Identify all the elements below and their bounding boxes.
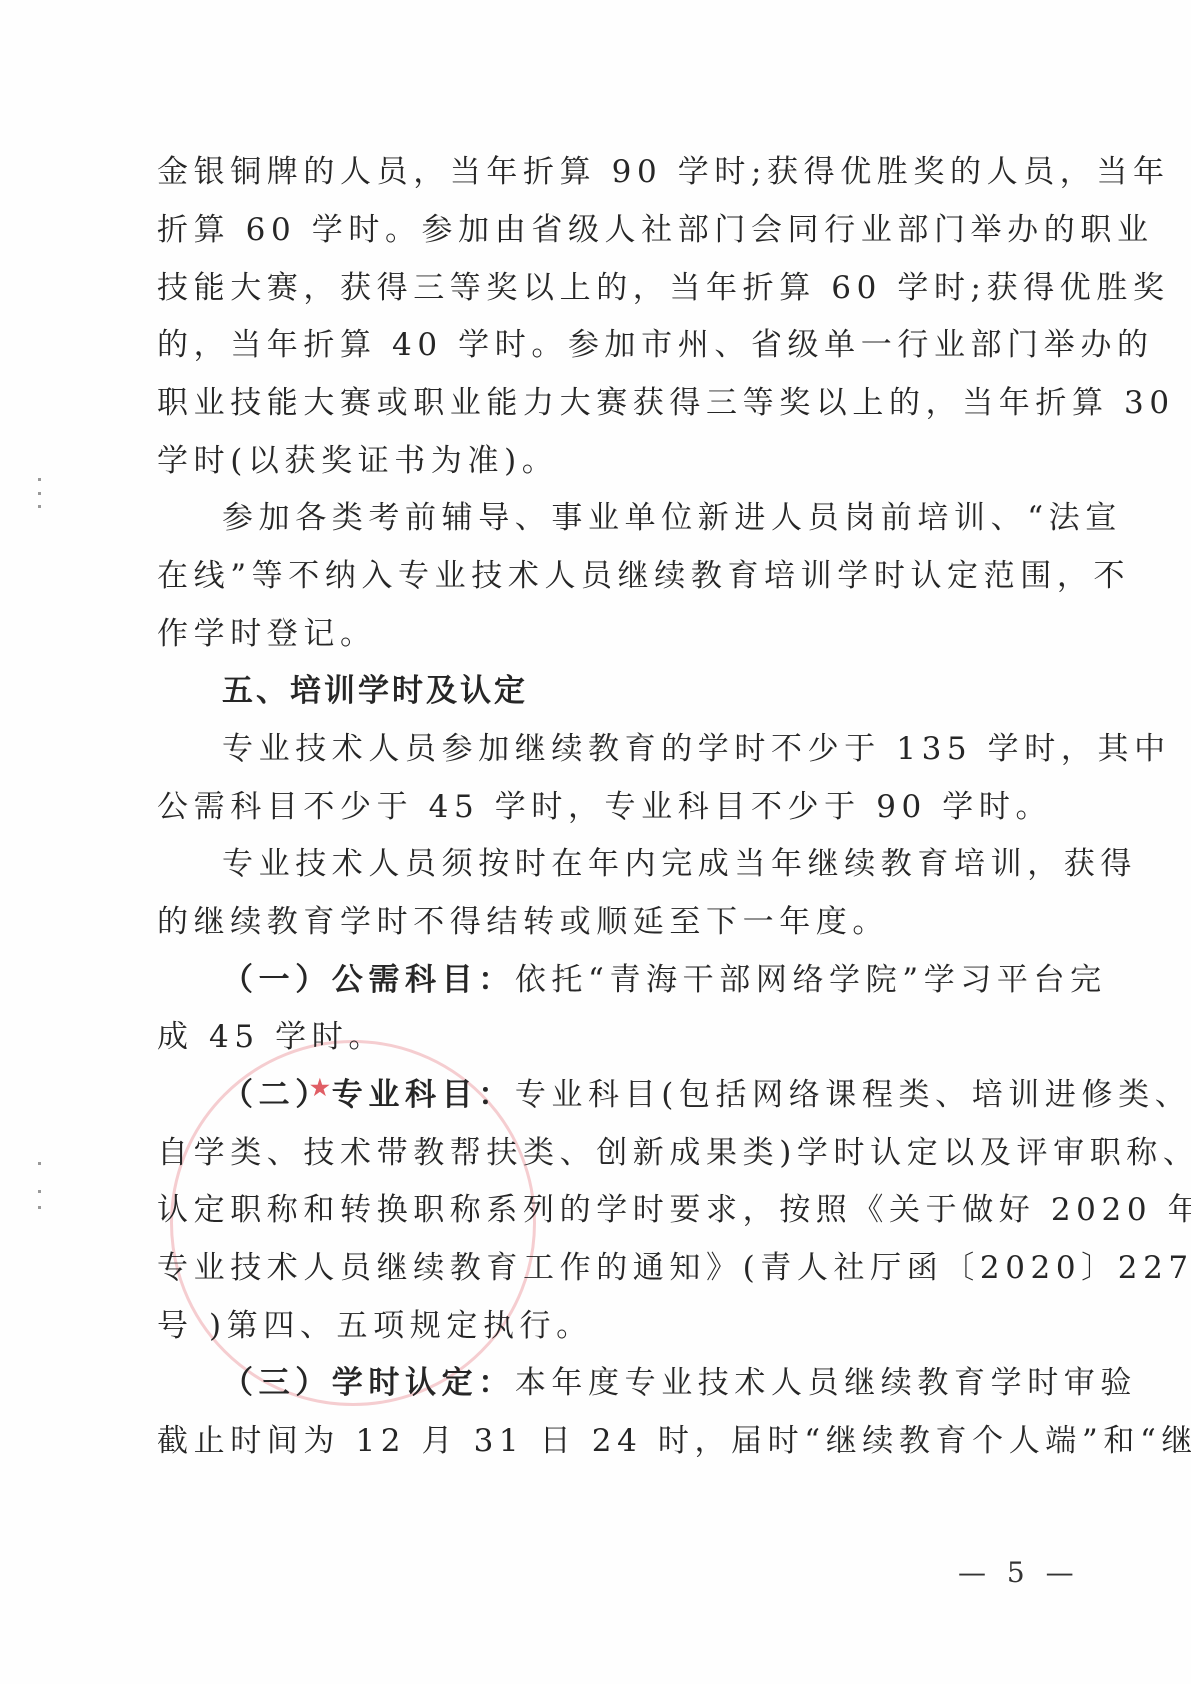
body-line: 的继续教育学时不得结转或顺延至下一年度。 bbox=[157, 902, 1047, 942]
item-2-text: 专业科目(包括网络课程类、培训进修类、 bbox=[515, 1077, 1191, 1113]
section-heading: 五、培训学时及认定 bbox=[222, 671, 1112, 711]
page-number: — 5 — bbox=[958, 1556, 1080, 1589]
item-3-line: （三）学时认定：本年度专业技术人员继续教育学时审验 bbox=[222, 1363, 1112, 1403]
margin-mark bbox=[38, 505, 41, 508]
body-line: 折算 60 学时。参加由省级人社部门会同行业部门举办的职业 bbox=[157, 210, 1047, 250]
body-line: 专业技术人员参加继续教育的学时不少于 135 学时，其中 bbox=[222, 729, 1112, 769]
body-line: 金银铜牌的人员，当年折算 90 学时;获得优胜奖的人员，当年 bbox=[157, 152, 1047, 192]
body-line: 学时(以获奖证书为准)。 bbox=[157, 441, 1047, 481]
body-line: 认定职称和转换职称系列的学时要求，按照《关于做好 2020 年 bbox=[157, 1190, 1047, 1230]
body-line: 技能大赛，获得三等奖以上的，当年折算 60 学时;获得优胜奖 bbox=[157, 268, 1047, 308]
item-3-text: 本年度专业技术人员继续教育学时审验 bbox=[515, 1365, 1137, 1401]
body-line: 职业技能大赛或职业能力大赛获得三等奖以上的，当年折算 30 bbox=[157, 383, 1047, 423]
body-line: 成 45 学时。 bbox=[157, 1017, 1047, 1057]
body-line: 公需科目不少于 45 学时，专业科目不少于 90 学时。 bbox=[157, 787, 1047, 827]
body-line: 参加各类考前辅导、事业单位新进人员岗前培训、“法宣 bbox=[222, 498, 1112, 538]
margin-mark bbox=[38, 1190, 41, 1193]
item-1-text: 依托“青海干部网络学院”学习平台完 bbox=[515, 962, 1107, 998]
item-3-label: （三）学时认定： bbox=[222, 1365, 515, 1401]
document-page: ★ 金银铜牌的人员，当年折算 90 学时;获得优胜奖的人员，当年 折算 60 学… bbox=[0, 0, 1191, 1684]
body-line: 截止时间为 12 月 31 日 24 时，届时“继续教育个人端”和“继 bbox=[157, 1421, 1047, 1461]
body-line: 号 )第四、五项规定执行。 bbox=[157, 1306, 1047, 1346]
margin-mark bbox=[38, 478, 41, 481]
body-line: 的，当年折算 40 学时。参加市州、省级单一行业部门举办的 bbox=[157, 325, 1047, 365]
item-2-line: （二）专业科目：专业科目(包括网络课程类、培训进修类、 bbox=[222, 1075, 1112, 1115]
item-1-line: （一）公需科目：依托“青海干部网络学院”学习平台完 bbox=[222, 960, 1112, 1000]
body-line: 专业技术人员须按时在年内完成当年继续教育培训，获得 bbox=[222, 844, 1112, 884]
body-line: 在线”等不纳入专业技术人员继续教育培训学时认定范围，不 bbox=[157, 556, 1047, 596]
margin-mark bbox=[38, 492, 41, 495]
item-1-label: （一）公需科目： bbox=[222, 962, 515, 998]
margin-mark bbox=[38, 1206, 41, 1209]
item-2-label: （二）专业科目： bbox=[222, 1077, 515, 1113]
margin-mark bbox=[38, 1162, 41, 1165]
body-line: 专业技术人员继续教育工作的通知》(青人社厅函〔2020〕227 bbox=[157, 1248, 1047, 1288]
body-line: 作学时登记。 bbox=[157, 614, 1047, 654]
body-line: 自学类、技术带教帮扶类、创新成果类)学时认定以及评审职称、 bbox=[157, 1133, 1047, 1173]
